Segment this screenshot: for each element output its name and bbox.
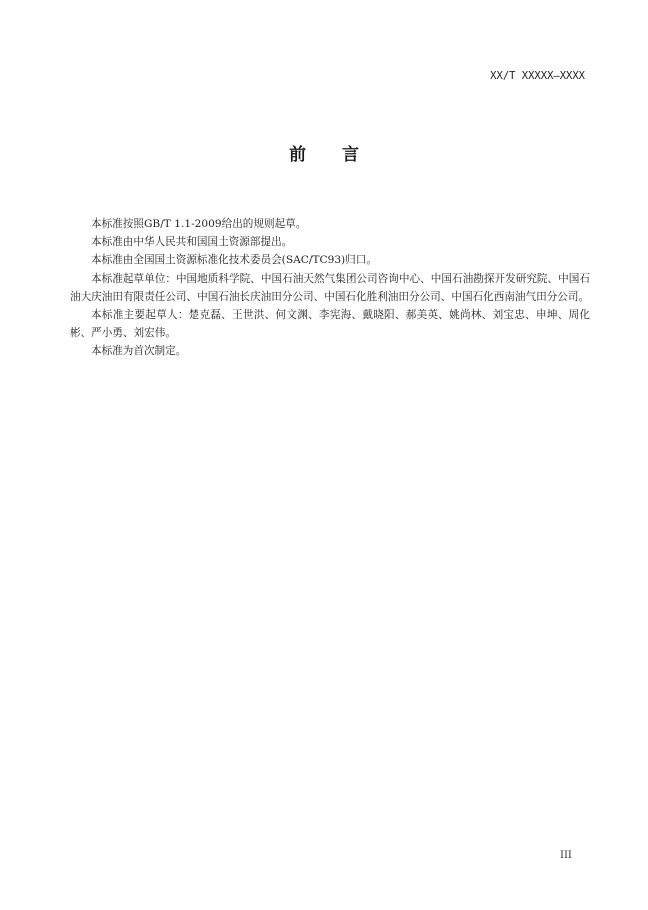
paragraph-proposer: 本标准由中华人民共和国国土资源部提出。: [70, 233, 590, 251]
paragraph-drafting-rules: 本标准按照GB/T 1.1-2009给出的规则起草。: [70, 215, 590, 233]
foreword-body: 本标准按照GB/T 1.1-2009给出的规则起草。 本标准由中华人民共和国国土…: [70, 215, 590, 361]
standard-code-header: XX/T XXXXX—XXXX: [490, 70, 585, 82]
paragraph-administrator: 本标准由全国国土资源标准化技术委员会(SAC/TC93)归口。: [70, 251, 590, 269]
page-title: 前言: [0, 140, 648, 165]
document-page: XX/T XXXXX—XXXX 前言 本标准按照GB/T 1.1-2009给出的…: [0, 0, 648, 910]
paragraph-main-drafters: 本标准主要起草人：楚克磊、王世洪、何文渊、李宪海、戴晓阳、郝美英、姚尚林、刘宝忠…: [70, 306, 590, 342]
title-char-1: 前: [289, 145, 306, 165]
paragraph-first-edition: 本标准为首次制定。: [70, 342, 590, 360]
paragraph-drafting-units: 本标准起草单位：中国地质科学院、中国石油天然气集团公司咨询中心、中国石油勘探开发…: [70, 270, 590, 306]
title-char-2: 言: [342, 145, 359, 165]
page-number: III: [560, 850, 572, 861]
